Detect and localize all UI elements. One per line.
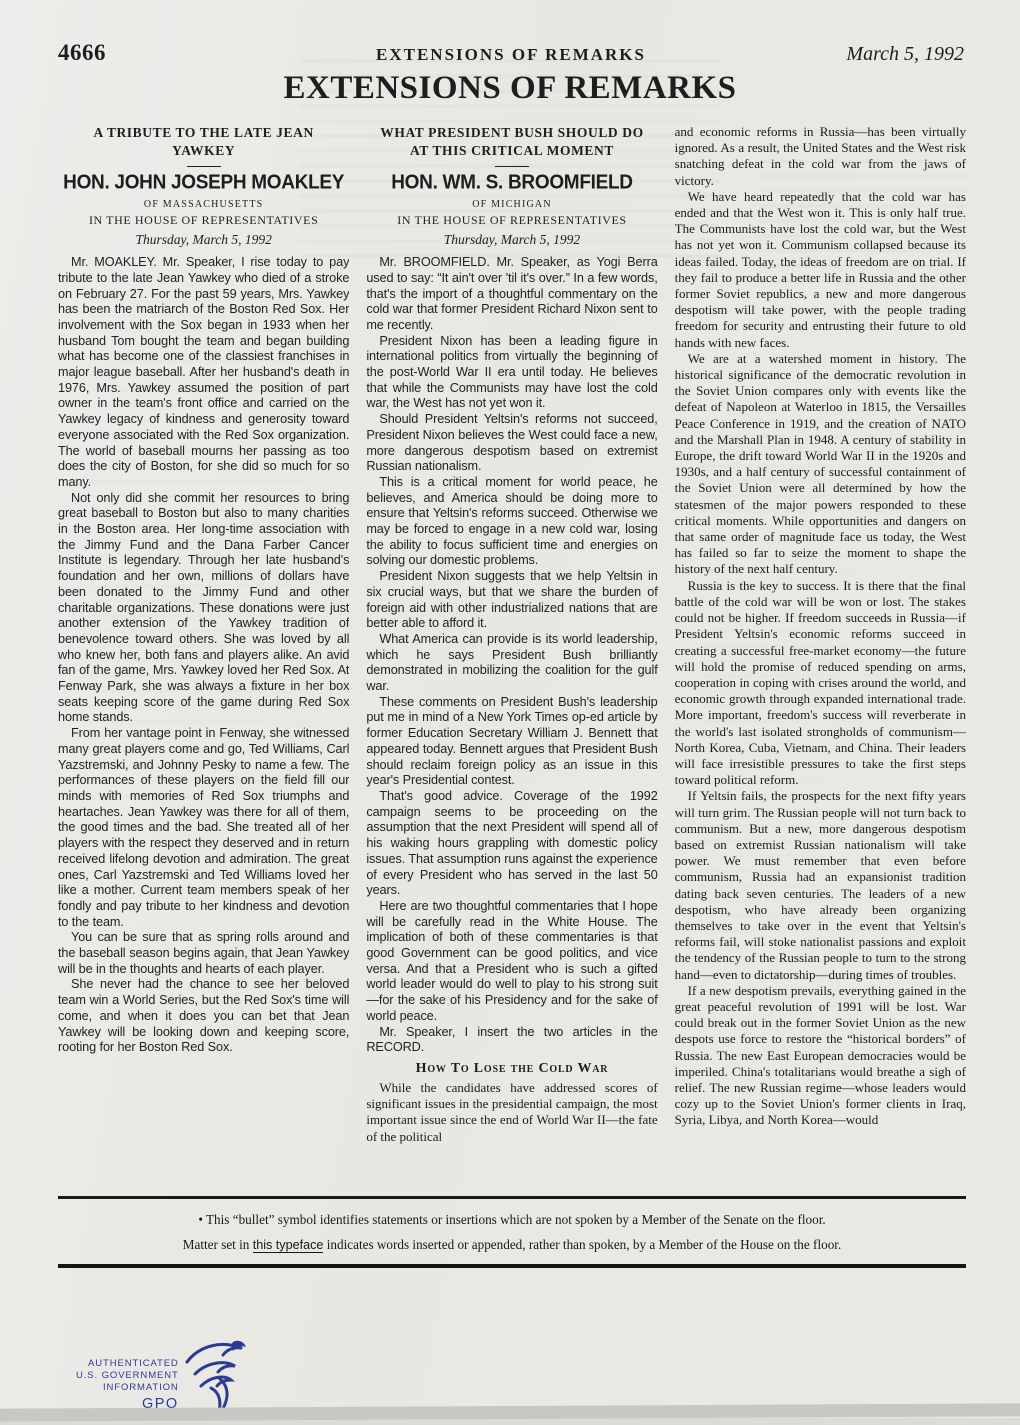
article-1-date: Thursday, March 5, 1992 — [58, 232, 349, 248]
article-2-title: WHAT PRESIDENT BUSH SHOULD DO AT THIS CR… — [366, 124, 657, 159]
paragraph: President Nixon has been a leading figur… — [366, 334, 657, 413]
article-1-state: OF MASSACHUSETTS — [58, 199, 349, 210]
paragraph: We have heard repeatedly that the cold w… — [675, 189, 966, 351]
inserted-article-continuation: and economic reforms in Russia—has been … — [675, 124, 966, 1129]
paragraph: What America can provide is its world le… — [366, 632, 657, 695]
paragraph: and economic reforms in Russia—has been … — [675, 124, 966, 189]
paragraph: Here are two thoughtful commentaries tha… — [366, 899, 657, 1025]
footer-typeface-note-suffix: indicates words inserted or appended, ra… — [323, 1237, 841, 1252]
column-3: and economic reforms in Russia—has been … — [675, 124, 966, 1188]
paragraph: President Nixon suggests that we help Ye… — [366, 569, 657, 632]
paragraph: From her vantage point in Fenway, she wi… — [58, 726, 349, 930]
article-1-chamber: IN THE HOUSE OF REPRESENTATIVES — [58, 213, 349, 228]
gpo-text-line: AUTHENTICATED — [76, 1358, 179, 1370]
paragraph: Mr. BROOMFIELD. Mr. Speaker, as Yogi Ber… — [366, 255, 657, 334]
footer-note: • This “bullet” symbol identifies statem… — [58, 1196, 966, 1268]
paragraph: Not only did she commit her resources to… — [58, 491, 349, 727]
footer-top-rule — [58, 1196, 966, 1199]
paragraph: Russia is the key to success. It is ther… — [675, 578, 966, 789]
paragraph: We are at a watershed moment in history.… — [675, 351, 966, 578]
text-columns: A TRIBUTE TO THE LATE JEAN YAWKEY HON. J… — [58, 124, 966, 1188]
footer-bullet-note: • This “bullet” symbol identifies statem… — [58, 1212, 966, 1228]
article-1-body: Mr. MOAKLEY. Mr. Speaker, I rise today t… — [58, 255, 349, 1056]
paragraph: If Yeltsin fails, the prospects for the … — [675, 788, 966, 982]
paragraph: This is a critical moment for world peac… — [366, 475, 657, 569]
separator-rule — [495, 166, 529, 167]
gpo-text-line: U.S. GOVERNMENT — [76, 1370, 179, 1382]
paragraph: Should President Yeltsin's reforms not s… — [366, 412, 657, 475]
column-1: A TRIBUTE TO THE LATE JEAN YAWKEY HON. J… — [58, 124, 349, 1188]
paragraph: Mr. Speaker, I insert the two articles i… — [366, 1025, 657, 1056]
paragraph: Mr. MOAKLEY. Mr. Speaker, I rise today t… — [58, 255, 349, 491]
page-title: EXTENSIONS OF REMARKS — [0, 70, 1020, 107]
congressional-record-page: 4666 EXTENSIONS OF REMARKS March 5, 1992… — [0, 0, 1020, 1425]
footer-typeface-note-prefix: Matter set in — [183, 1237, 253, 1252]
paragraph: These comments on President Bush's leade… — [366, 695, 657, 789]
paragraph: She never had the chance to see her belo… — [58, 977, 349, 1056]
article-2-state: OF MICHIGAN — [366, 199, 657, 210]
paragraph: While the candidates have addressed scor… — [366, 1080, 657, 1145]
running-title: EXTENSIONS OF REMARKS — [278, 45, 744, 65]
article-1-title: A TRIBUTE TO THE LATE JEAN YAWKEY — [58, 124, 349, 159]
paragraph: If a new despotism prevails, everything … — [675, 983, 966, 1129]
footer-bottom-rule — [58, 1264, 966, 1268]
article-1-speaker: HON. JOHN JOSEPH MOAKLEY — [58, 171, 349, 195]
article-2-chamber: IN THE HOUSE OF REPRESENTATIVES — [366, 213, 657, 228]
footer-typeface-sample: this typeface — [253, 1238, 324, 1253]
separator-rule — [187, 166, 221, 167]
article-2-speaker: HON. WM. S. BROOMFIELD — [366, 171, 657, 195]
paragraph: You can be sure that as spring rolls aro… — [58, 930, 349, 977]
paragraph: That's good advice. Coverage of the 1992… — [366, 789, 657, 899]
running-date: March 5, 1992 — [744, 43, 964, 66]
article-2-date: Thursday, March 5, 1992 — [366, 232, 657, 248]
page-number: 4666 — [58, 40, 278, 66]
article-2-body: Mr. BROOMFIELD. Mr. Speaker, as Yogi Ber… — [366, 255, 657, 1056]
footer-typeface-note: Matter set in this typeface indicates wo… — [58, 1237, 966, 1253]
running-header: 4666 EXTENSIONS OF REMARKS March 5, 1992 — [58, 40, 964, 66]
inserted-article-heading: How To Lose the Cold War — [366, 1061, 657, 1077]
column-2: WHAT PRESIDENT BUSH SHOULD DO AT THIS CR… — [366, 124, 657, 1188]
inserted-article-body: While the candidates have addressed scor… — [366, 1080, 657, 1145]
gpo-text-line: INFORMATION — [76, 1382, 179, 1394]
